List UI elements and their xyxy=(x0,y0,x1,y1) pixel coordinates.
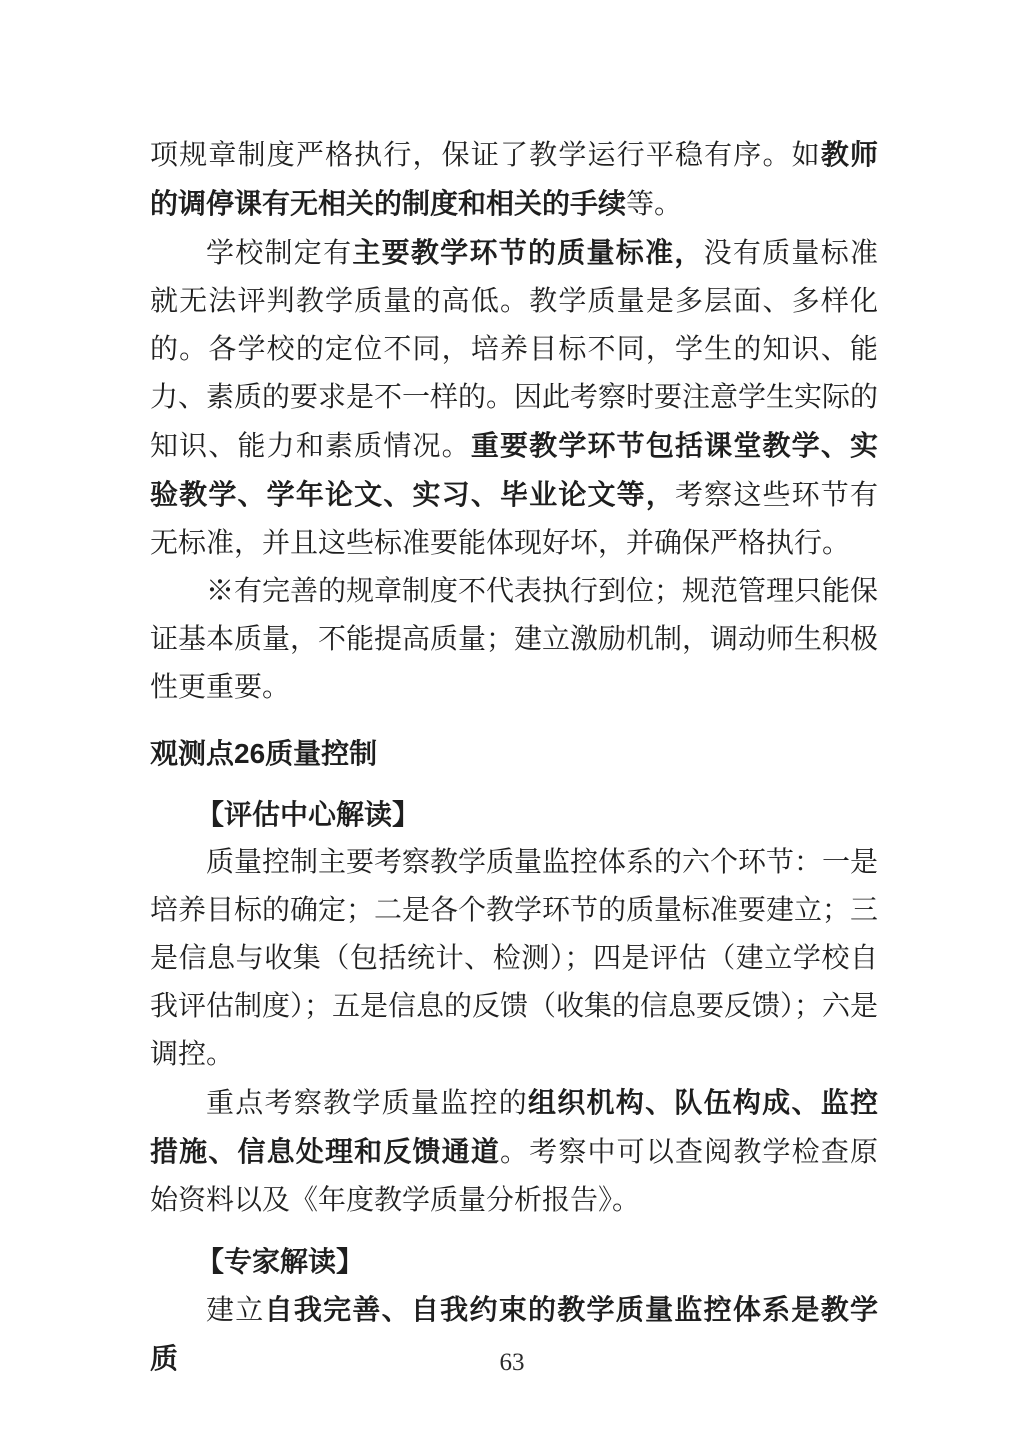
section-heading: 观测点26质量控制 xyxy=(150,730,878,778)
bracket-heading: 【专家解读】 xyxy=(150,1238,878,1286)
paragraph: 学校制定有主要教学环节的质量标准，没有质量标准就无法评判教学质量的高低。教学质量… xyxy=(150,229,878,568)
bold-text-run: 【专家解读】 xyxy=(196,1246,364,1277)
text-run: 没有质量标准就无法评判教学质量的高低。教学质量是多层面、多样化的。各学校的定位不… xyxy=(150,238,878,462)
bold-text-run: 主要教学环节的质量标准， xyxy=(352,237,703,268)
text-run: 建立 xyxy=(206,1295,265,1326)
paragraph: 项规章制度严格执行，保证了教学运行平稳有序。如教师的调停课有无相关的制度和相关的… xyxy=(150,131,878,229)
text-run: ※有完善的规章制度不代表执行到位；规范管理只能保证基本质量，不能提高质量；建立激… xyxy=(150,576,878,703)
text-run: 等。 xyxy=(626,189,682,220)
text-run: 学校制定有 xyxy=(206,238,352,269)
page-number: 63 xyxy=(0,1349,1024,1377)
bold-text-run: 【评估中心解读】 xyxy=(196,799,420,830)
paragraph: 质量控制主要考察教学质量监控体系的六个环节：一是培养目标的确定；二是各个教学环节… xyxy=(150,839,878,1079)
document-body: 项规章制度严格执行，保证了教学运行平稳有序。如教师的调停课有无相关的制度和相关的… xyxy=(150,131,878,1384)
text-run: 重点考察教学质量监控的 xyxy=(206,1088,528,1119)
document-page: 项规章制度严格执行，保证了教学运行平稳有序。如教师的调停课有无相关的制度和相关的… xyxy=(0,0,1024,1448)
paragraph: 重点考察教学质量监控的组织机构、队伍构成、监控措施、信息处理和反馈通道。考察中可… xyxy=(150,1079,878,1225)
bracket-heading: 【评估中心解读】 xyxy=(150,791,878,839)
text-run: 项规章制度严格执行，保证了教学运行平稳有序。如 xyxy=(150,140,821,171)
paragraph: ※有完善的规章制度不代表执行到位；规范管理只能保证基本质量，不能提高质量；建立激… xyxy=(150,568,878,712)
bold-text-run: 观测点26质量控制 xyxy=(150,738,377,769)
text-run: 质量控制主要考察教学质量监控体系的六个环节：一是培养目标的确定；二是各个教学环节… xyxy=(150,847,878,1070)
